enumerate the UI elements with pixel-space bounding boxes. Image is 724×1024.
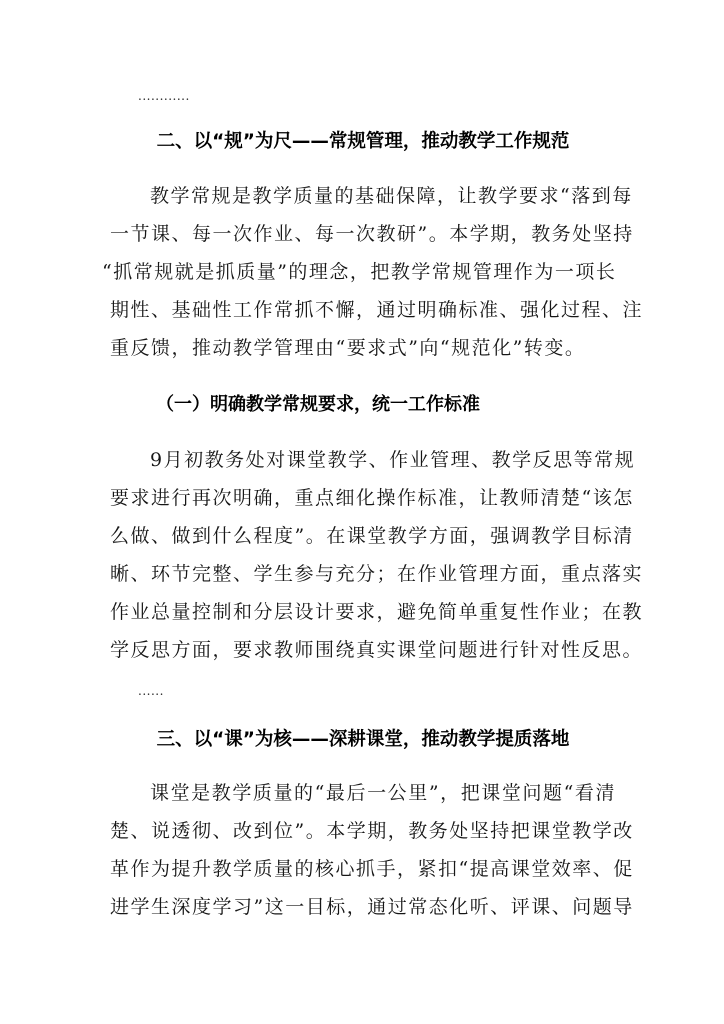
section-3-heading: 三、以“课”为核——深耕课堂，推动教学提质落地 [110, 728, 616, 752]
paragraph-line: 课堂是教学质量的“最后一公里”，把课堂问题“看清 [110, 774, 616, 812]
ellipsis-bottom: ...... [138, 684, 164, 698]
paragraph-line: 教学常规是教学质量的基础保障，让教学要求“落到每 [110, 177, 616, 215]
section-3-intro-paragraph: 课堂是教学质量的“最后一公里”，把课堂问题“看清 楚、说透彻、改到位”。本学期，… [110, 774, 616, 926]
paragraph-line: 楚、说透彻、改到位”。本学期，教务处坚持把课堂教学改 [110, 812, 616, 850]
paragraph-line: 革作为提升教学质量的核心抓手，紧扣“提高课堂效率、促 [110, 850, 616, 888]
paragraph-line: 重反馈，推动教学管理由“要求式”向“规范化”转变。 [110, 329, 616, 367]
subsection-1-heading: （一）明确教学常规要求，统一工作标准 [156, 393, 480, 417]
paragraph-line: 么做、做到什么程度”。在课堂教学方面，强调教学目标清 [110, 517, 616, 555]
paragraph-line: 一节课、每一次作业、每一次教研”。本学期，教务处坚持 [110, 215, 616, 253]
paragraph-line: “抓常规就是抓质量”的理念，把教学常规管理作为一项长 [102, 253, 616, 291]
paragraph-line: 9月初教务处对课堂教学、作业管理、教学反思等常规 [110, 441, 616, 479]
paragraph-line: 进学生深度学习”这一目标，通过常态化听、评课、问题导 [110, 888, 616, 926]
paragraph-line: 学反思方面，要求教师围绕真实课堂问题进行针对性反思。 [110, 631, 616, 669]
paragraph-line: 晰、环节完整、学生参与充分；在作业管理方面，重点落实 [110, 555, 616, 593]
subsection-1-paragraph: 9月初教务处对课堂教学、作业管理、教学反思等常规 要求进行再次明确，重点细化操作… [110, 441, 616, 669]
section-2-intro-paragraph: 教学常规是教学质量的基础保障，让教学要求“落到每 一节课、每一次作业、每一次教研… [110, 177, 616, 367]
paragraph-line: 期性、基础性工作常抓不懈，通过明确标准、强化过程、注 [110, 291, 616, 329]
section-2-heading: 二、以“规”为尺——常规管理，推动教学工作规范 [110, 130, 616, 154]
paragraph-line: 要求进行再次明确，重点细化操作标准，让教师清楚“该怎 [110, 479, 616, 517]
paragraph-line: 作业总量控制和分层设计要求，避免简单重复性作业；在教 [110, 593, 616, 631]
ellipsis-top: ............ [138, 89, 190, 103]
